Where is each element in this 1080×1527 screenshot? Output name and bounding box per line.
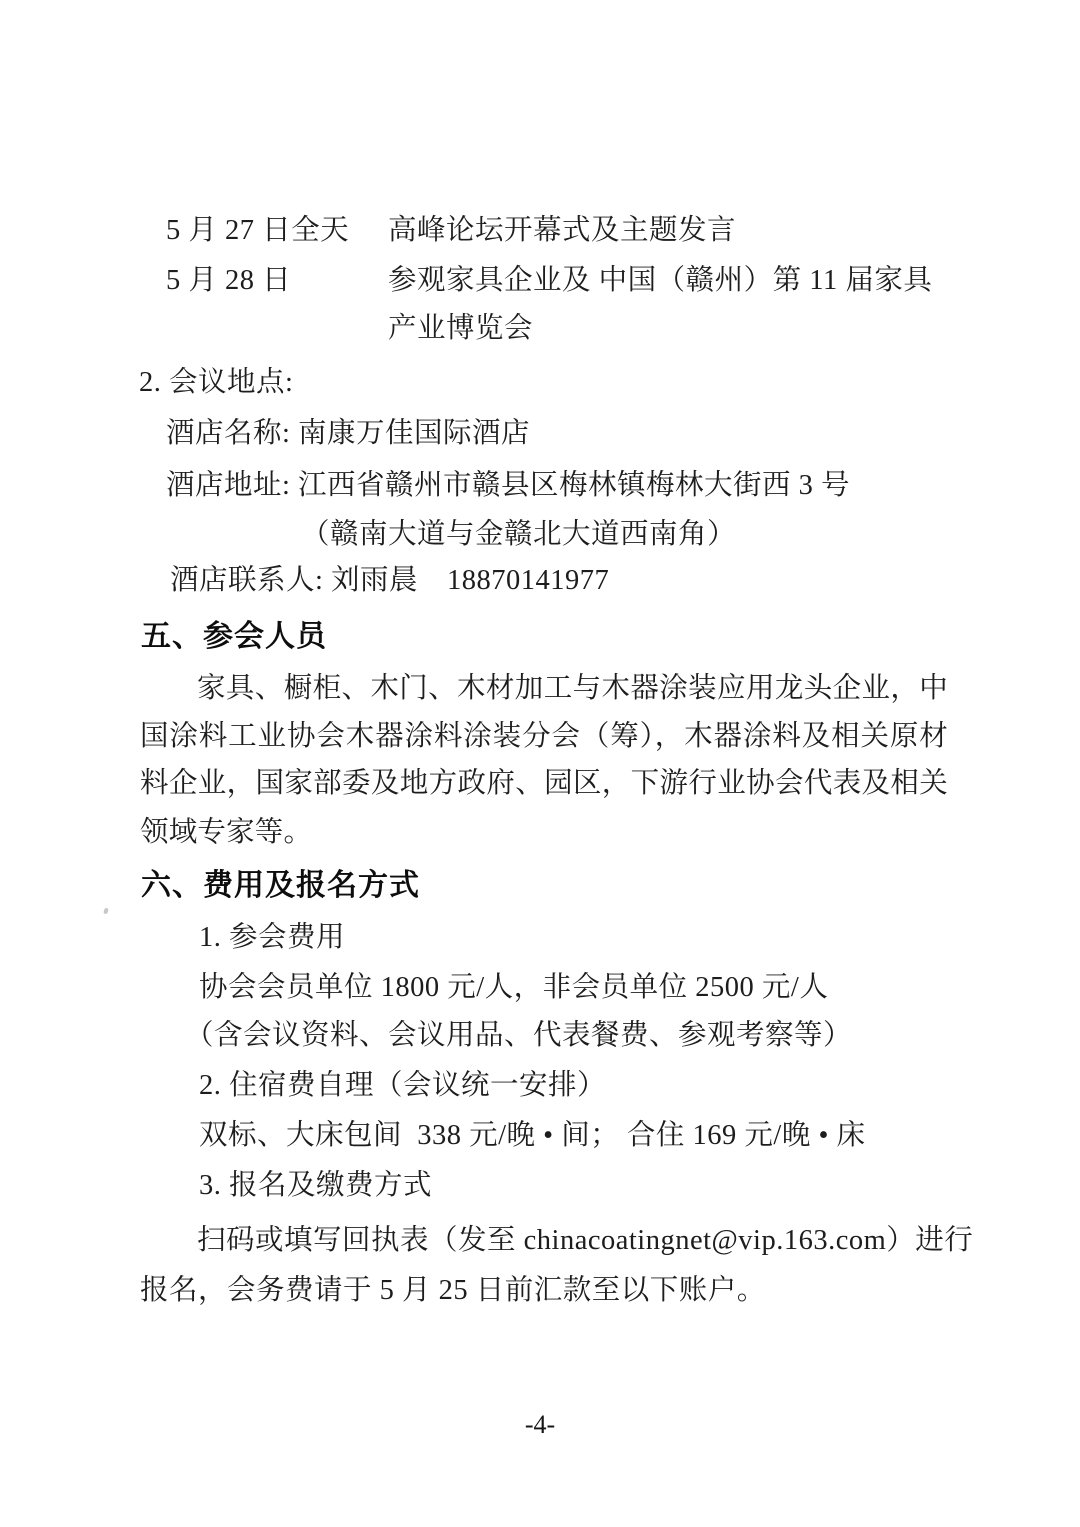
schedule-row-1-activity: 高峰论坛开幕式及主题发言 [388,215,736,248]
fee-item-1-title: 1. 参会费用 [199,922,345,955]
venue-item-label: 2. 会议地点: [139,367,293,400]
hotel-name-line: 酒店名称: 南康万佳国际酒店 [166,418,530,451]
fee-item-2-title: 2. 住宿费自理（会议统一安排） [199,1070,606,1103]
registration-line-2: 报名，会务费请于 5 月 25 日前汇款至以下账户。 [140,1275,766,1308]
schedule-row-2-date: 5 月 28 日 [166,265,291,298]
page-number: -4- [0,1410,1080,1440]
fee-item-1-price: 协会会员单位 1800 元/人，非会员单位 2500 元/人 [199,972,828,1005]
section-heading-participants: 五、参会人员 [141,620,327,653]
registration-line-1: 扫码或填写回执表（发至 chinacoatingnet@vip.163.com）… [197,1225,973,1258]
scan-artifact [103,908,109,915]
participants-paragraph-line-2: 国涂料工业协会木器涂料涂装分会（筹），木器涂料及相关原材 [140,721,948,754]
section-heading-fees: 六、费用及报名方式 [141,869,420,902]
document-page: 5 月 27 日全天 高峰论坛开幕式及主题发言 5 月 28 日 参观家具企业及… [0,0,1080,1527]
schedule-row-2-activity-continued: 产业博览会 [388,313,533,346]
schedule-row-2-activity: 参观家具企业及 中国（赣州）第 11 届家具 [388,265,932,298]
fee-item-3-title: 3. 报名及缴费方式 [199,1170,432,1203]
hotel-contact-line: 酒店联系人: 刘雨晨 18870141977 [170,565,609,598]
schedule-row-1-date: 5 月 27 日全天 [166,215,349,248]
fee-item-1-note: （含会议资料、会议用品、代表餐费、参观考察等） [185,1020,852,1053]
participants-paragraph-line-3: 料企业，国家部委及地方政府、园区，下游行业协会代表及相关 [140,768,948,801]
fee-item-2-price: 双标、大床包间 338 元/晚 • 间； 合住 169 元/晚 • 床 [199,1120,866,1153]
participants-paragraph-line-1: 家具、橱柜、木门、木材加工与木器涂装应用龙头企业，中 [140,673,948,706]
participants-paragraph-line-4: 领域专家等。 [140,817,948,850]
hotel-address-note: （赣南大道与金赣北大道西南角） [301,519,736,552]
hotel-address-line: 酒店地址: 江西省赣州市赣县区梅林镇梅林大街西 3 号 [166,470,850,503]
